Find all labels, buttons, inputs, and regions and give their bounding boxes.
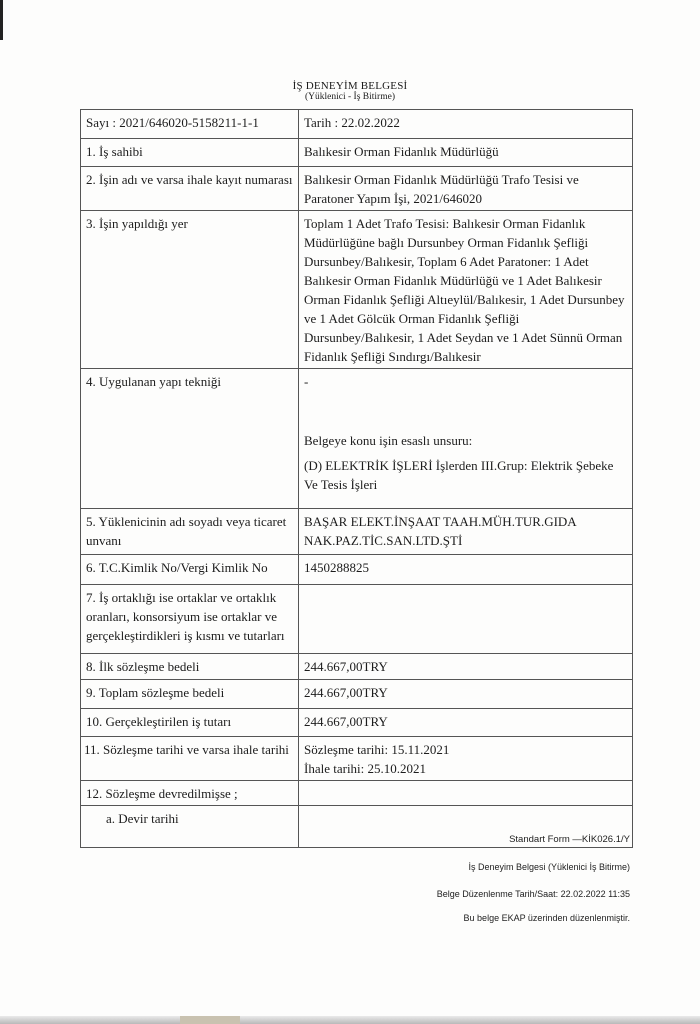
- form-code: Standart Form —KİK026.1/Y: [509, 834, 630, 845]
- document-title: İŞ DENEYİM BELGESİ: [0, 80, 700, 92]
- table-row: Sayı : 2021/646020-5158211-1-1 Tarih : 2…: [81, 110, 633, 139]
- row-value: 244.667,00TRY: [299, 709, 633, 737]
- table-row: 5. Yüklenicinin adı soyadı veya ticaret …: [81, 509, 633, 555]
- row-label: 7. İş ortaklığı ise ortaklar ve ortaklık…: [81, 585, 299, 654]
- experience-certificate-table: Sayı : 2021/646020-5158211-1-1 Tarih : 2…: [80, 109, 633, 848]
- tarih-cell: Tarih : 22.02.2022: [299, 110, 633, 139]
- table-row: 6. T.C.Kimlik No/Vergi Kimlik No 1450288…: [81, 555, 633, 585]
- document-subtitle: (Yüklenici - İş Bitirme): [0, 92, 700, 102]
- document-name: İş Deneyim Belgesi (Yüklenici İş Bitirme…: [468, 862, 630, 872]
- tender-date: İhale tarihi: 25.10.2021: [304, 759, 627, 778]
- row-value: 244.667,00TRY: [299, 654, 633, 680]
- table-row: 3. İşin yapıldığı yer Toplam 1 Adet Traf…: [81, 211, 633, 369]
- row-label: 6. T.C.Kimlik No/Vergi Kimlik No: [81, 555, 299, 585]
- scan-shadow: [0, 1016, 700, 1024]
- table-row: 1. İş sahibi Balıkesir Orman Fidanlık Mü…: [81, 139, 633, 167]
- row-label-text: a. Devir tarihi: [86, 809, 179, 828]
- row-label: 1. İş sahibi: [81, 139, 299, 167]
- table-row: 10. Gerçekleştirilen iş tutarı 244.667,0…: [81, 709, 633, 737]
- row-value: Balıkesir Orman Fidanlık Müdürlüğü Trafo…: [299, 167, 633, 211]
- sayi-cell: Sayı : 2021/646020-5158211-1-1: [81, 110, 299, 139]
- construction-technique-value: -: [304, 372, 627, 391]
- row-label: 10. Gerçekleştirilen iş tutarı: [81, 709, 299, 737]
- table-row: 7. İş ortaklığı ise ortaklar ve ortaklık…: [81, 585, 633, 654]
- table-row: 12. Sözleşme devredilmişse ;: [81, 781, 633, 806]
- row-label: 4. Uygulanan yapı tekniği: [81, 369, 299, 509]
- issue-timestamp: Belge Düzenlenme Tarih/Saat: 22.02.2022 …: [437, 889, 630, 899]
- row-label: 3. İşin yapıldığı yer: [81, 211, 299, 369]
- row-value: - Belgeye konu işin esaslı unsuru: (D) E…: [299, 369, 633, 509]
- table-row: 8. İlk sözleşme bedeli 244.667,00TRY: [81, 654, 633, 680]
- table-row: 11. Sözleşme tarihi ve varsa ihale tarih…: [81, 737, 633, 781]
- row-value: 1450288825: [299, 555, 633, 585]
- row-value: [299, 585, 633, 654]
- table-row: 2. İşin adı ve varsa ihale kayıt numaras…: [81, 167, 633, 211]
- table-row: 9. Toplam sözleşme bedeli 244.667,00TRY: [81, 680, 633, 709]
- row-label: 11. Sözleşme tarihi ve varsa ihale tarih…: [81, 737, 299, 781]
- row-value: BAŞAR ELEKT.İNŞAAT TAAH.MÜH.TUR.GIDA NAK…: [299, 509, 633, 555]
- essential-element-value: (D) ELEKTRİK İŞLERİ İşlerden III.Grup: E…: [304, 456, 627, 494]
- scan-edge: [0, 0, 3, 40]
- row-value: [299, 781, 633, 806]
- row-label: a. Devir tarihi: [81, 806, 299, 848]
- row-value: 244.667,00TRY: [299, 680, 633, 709]
- spacer: [304, 391, 627, 431]
- ekap-note: Bu belge EKAP üzerinden düzenlenmiştir.: [464, 913, 630, 923]
- row-value: Toplam 1 Adet Trafo Tesisi: Balıkesir Or…: [299, 211, 633, 369]
- row-label: 2. İşin adı ve varsa ihale kayıt numaras…: [81, 167, 299, 211]
- essential-element-label: Belgeye konu işin esaslı unsuru:: [304, 431, 627, 450]
- row-value: Balıkesir Orman Fidanlık Müdürlüğü: [299, 139, 633, 167]
- row-value: Sözleşme tarihi: 15.11.2021 İhale tarihi…: [299, 737, 633, 781]
- table-row: 4. Uygulanan yapı tekniği - Belgeye konu…: [81, 369, 633, 509]
- row-label: 5. Yüklenicinin adı soyadı veya ticaret …: [81, 509, 299, 555]
- row-label: 8. İlk sözleşme bedeli: [81, 654, 299, 680]
- row-label: 9. Toplam sözleşme bedeli: [81, 680, 299, 709]
- row-label: 12. Sözleşme devredilmişse ;: [81, 781, 299, 806]
- contract-date: Sözleşme tarihi: 15.11.2021: [304, 740, 627, 759]
